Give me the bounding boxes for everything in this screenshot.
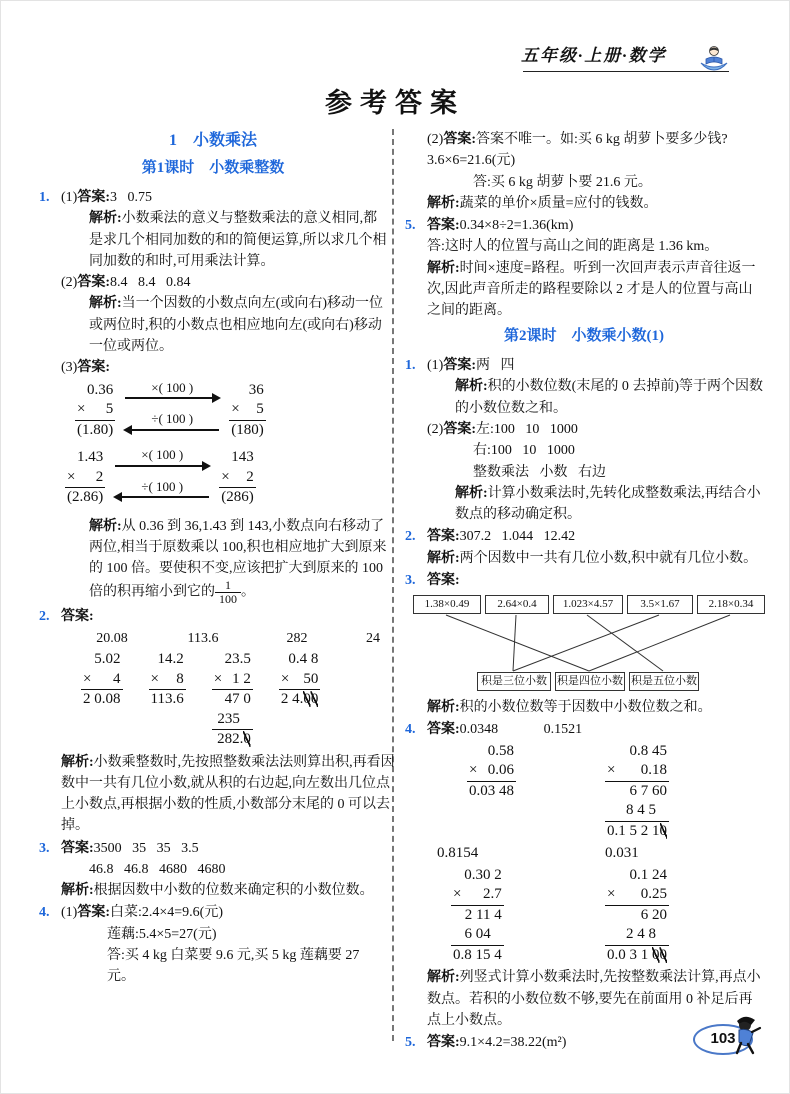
analysis-label: 解析: bbox=[455, 486, 488, 501]
category-box: 积是三位小数 bbox=[477, 672, 551, 691]
answer-value: 0.031 bbox=[605, 842, 763, 865]
answer-text: 0.34×8÷2=1.36(km) bbox=[460, 218, 574, 233]
sub-number: (1) bbox=[61, 190, 77, 205]
expression-box: 2.64×0.4 bbox=[485, 595, 549, 614]
vertical-multiplication: 1.43 ×2 (2.86) bbox=[65, 448, 105, 508]
item-number: 2. bbox=[405, 526, 427, 569]
answer-label: 答案: bbox=[427, 218, 460, 233]
answer-text: 答:这时人的位置与高山之间的距离是 1.36 km。 bbox=[427, 236, 763, 257]
multiplicand: 143 bbox=[219, 448, 256, 468]
conversion-arrows: ×( 100 ) ÷( 100 ) bbox=[122, 381, 222, 431]
l2-item-1: 1. (1)答案:两 四 解析:积的小数位数(末尾的 0 去掉前)等于两个因数的… bbox=[405, 355, 763, 525]
analysis-label: 解析: bbox=[427, 700, 460, 715]
partial-product: 8 4 5 bbox=[605, 801, 669, 821]
multiplier: 2 bbox=[246, 468, 254, 488]
lesson-2-title: 第2课时 小数乘小数(1) bbox=[405, 325, 763, 348]
answer-values: 0.0348 0.1521 bbox=[460, 722, 583, 737]
sub-number: (2) bbox=[427, 422, 443, 437]
product: 0.03 48 bbox=[467, 782, 516, 802]
vertical-multiplication: 0.1 24 ×0.25 6 20 2 4 8 0.0 3 1 00 bbox=[605, 866, 669, 966]
answer-values-line-2: 46.8 46.8 4680 4680 bbox=[89, 859, 387, 880]
answer-value: 20.08 bbox=[69, 628, 155, 649]
partial-product: 6 04 bbox=[451, 925, 504, 945]
times-sign: × bbox=[607, 761, 615, 781]
analysis-text: 根据因数中小数的位数来确定积的小数位数。 bbox=[94, 883, 374, 898]
answer-value: 0.8154 bbox=[437, 842, 605, 865]
multiplier: 1 2 bbox=[232, 670, 251, 690]
vertical-multiplication: 0.36 ×5 (1.80) bbox=[75, 381, 115, 441]
answer-values: 整数乘法 小数 右边 bbox=[473, 462, 763, 483]
product: (180) bbox=[229, 421, 266, 441]
item-number: 2. bbox=[39, 606, 61, 836]
times-sign: × bbox=[151, 670, 159, 690]
explanation: 解析:从 0.36 到 36,1.43 到 143,小数点向右移动了两位,相当于… bbox=[89, 516, 387, 606]
multiplier: 2.7 bbox=[483, 885, 502, 905]
right-arrow-icon bbox=[125, 397, 219, 399]
sub-number: (3) bbox=[61, 360, 77, 375]
product-digits: 282. bbox=[217, 731, 243, 747]
answer-label: 答案: bbox=[77, 360, 110, 375]
analysis-text: 小数乘整数时,先按照整数乘法法则算出积,再看因数中一共有几位小数,就从积的右边起… bbox=[61, 755, 395, 834]
expression-box: 2.18×0.34 bbox=[697, 595, 765, 614]
explanation: 解析:小数乘整数时,先按照整数乘法法则算出积,再看因数中一共有几位小数,就从积的… bbox=[61, 752, 403, 837]
product: 0.1 5 2 10 bbox=[605, 821, 669, 842]
times-sign: × bbox=[77, 400, 85, 420]
sub-number: (2) bbox=[427, 132, 443, 147]
product: 2 0.08 bbox=[81, 690, 123, 710]
analysis-label: 解析: bbox=[89, 296, 122, 311]
sub-number: (2) bbox=[61, 275, 77, 290]
multiplicand: 23.5 bbox=[212, 650, 253, 670]
reading-child-mascot-icon bbox=[699, 43, 729, 78]
multiplications-grid: 0.58 ×0.06 0.03 48 0.8 45 ×0.18 6 7 60 8… bbox=[437, 742, 763, 966]
times-sign: × bbox=[221, 468, 229, 488]
answer-text: 答:买 6 kg 胡萝卜要 21.6 元。 bbox=[473, 172, 763, 193]
l2-item-2: 2. 答案:307.2 1.044 12.42 解析:两个因数中一共有几位小数,… bbox=[405, 526, 763, 569]
product: 282.0 bbox=[212, 729, 253, 750]
answer-text: 答:买 4 kg 白菜要 9.6 元,买 5 kg 莲藕要 27 元。 bbox=[107, 945, 387, 988]
matching-diagram: 1.38×0.49 2.64×0.4 1.023×4.57 3.5×1.67 2… bbox=[413, 595, 769, 695]
explanation: 解析:积的小数位数等于因数中小数位数之和。 bbox=[427, 697, 769, 718]
header: 五年级·上册·数学 bbox=[521, 41, 761, 66]
explanation: 解析:蔬菜的单价×质量=应付的钱数。 bbox=[427, 193, 763, 214]
answer-values: 3 0.75 bbox=[110, 190, 152, 205]
fraction-denominator: 100 bbox=[215, 593, 241, 606]
page-mascot-icon bbox=[729, 1015, 763, 1062]
answer-label: 答案: bbox=[77, 905, 110, 920]
answer-label: 答案: bbox=[443, 358, 476, 373]
item-number: 4. bbox=[39, 902, 61, 987]
item-4-part-2: (2)答案:答案不唯一。如:买 6 kg 胡萝卜要多少钱? 3.6×6=21.6… bbox=[405, 129, 763, 214]
multiplicand: 5.02 bbox=[81, 650, 123, 670]
answer-values: 右:100 10 1000 bbox=[473, 440, 763, 461]
partial-product: 2 11 4 bbox=[451, 906, 504, 926]
multiplicand: 0.1 24 bbox=[605, 866, 669, 886]
multiplicand: 36 bbox=[229, 381, 266, 401]
multiplicand: 0.4 8 bbox=[279, 650, 321, 670]
answer-text: 莲藕:5.4×5=27(元) bbox=[107, 924, 387, 945]
analysis-text: 积的小数位数等于因数中小数位数之和。 bbox=[460, 700, 712, 715]
answer-values: 307.2 1.044 12.42 bbox=[460, 529, 576, 544]
analysis-label: 解析: bbox=[427, 551, 460, 566]
vertical-multiplication: 0.4 8 ×50 2 4.00 bbox=[279, 650, 321, 710]
explanation: 解析:列竖式计算小数乘法时,先按整数乘法计算,再点小数点。若积的小数位数不够,要… bbox=[427, 967, 763, 1031]
divide-100-label: ÷( 100 ) bbox=[112, 480, 212, 495]
sub-number: (1) bbox=[427, 358, 443, 373]
multiplier: 5 bbox=[256, 400, 264, 420]
times-100-label: ×( 100 ) bbox=[122, 381, 222, 396]
item-1: 1. (1)答案:3 0.75 解析:小数乘法的意义与整数乘法的意义相同,都是求… bbox=[39, 187, 387, 605]
answer-text: 9.1×4.2=38.22(m²) bbox=[460, 1035, 567, 1050]
edition-label: 五年级·上册·数学 bbox=[521, 46, 667, 65]
times-sign: × bbox=[83, 670, 91, 690]
analysis-text: 积的小数位数(末尾的 0 去掉前)等于两个因数的小数位数之和。 bbox=[455, 379, 763, 415]
item-number: 4. bbox=[405, 719, 427, 1031]
multiplier: 0.06 bbox=[488, 761, 514, 781]
struck-zeros: 00 bbox=[652, 947, 667, 963]
header-underline bbox=[523, 71, 729, 72]
conversion-diagram-1: 0.36 ×5 (1.80) ×( 100 ) ÷( 100 ) 36 ×5 (… bbox=[75, 381, 387, 441]
partial-product: 6 20 bbox=[605, 906, 669, 926]
analysis-label: 解析: bbox=[89, 211, 122, 226]
multiplicand: 0.36 bbox=[75, 381, 115, 401]
partial-product: 2 4 8 bbox=[605, 925, 669, 945]
answer-key-page: 五年级·上册·数学 参考答案 1 小数乘法 第1课时 小数乘整数 1. (1)答… bbox=[0, 0, 790, 1094]
answer-label: 答案: bbox=[61, 609, 94, 624]
lesson-1-title: 第1课时 小数乘整数 bbox=[39, 157, 387, 180]
vertical-multiplication: 23.5 ×1 2 47 0 235 282.0 bbox=[212, 650, 253, 750]
item-number: 3. bbox=[39, 838, 61, 902]
page-title: 参考答案 bbox=[1, 81, 789, 120]
answer-values: 3500 35 35 3.5 bbox=[94, 841, 199, 856]
analysis-label: 解析: bbox=[427, 261, 460, 276]
partial-product: 235 bbox=[212, 710, 253, 730]
partial-product: 47 0 bbox=[212, 690, 253, 710]
multiplicand: 1.43 bbox=[65, 448, 105, 468]
analysis-text: 小数乘法的意义与整数乘法的意义相同,都是求几个相同加数的和的简便运算,所以求几个… bbox=[89, 211, 387, 269]
vertical-multiplication: 0.30 2 ×2.7 2 11 4 6 04 0.8 15 4 bbox=[451, 866, 504, 966]
analysis-label: 解析: bbox=[455, 379, 488, 394]
analysis-label: 解析: bbox=[427, 196, 460, 211]
answer-label: 答案: bbox=[77, 275, 110, 290]
expression-box: 1.023×4.57 bbox=[553, 595, 623, 614]
explanation: 解析:小数乘法的意义与整数乘法的意义相同,都是求几个相同加数的和的简便运算,所以… bbox=[89, 208, 387, 272]
vertical-multiplication: 143 ×2 (286) bbox=[219, 448, 256, 508]
answer-label: 答案: bbox=[427, 573, 460, 588]
product: (1.80) bbox=[75, 421, 115, 441]
item-number: 1. bbox=[39, 187, 61, 605]
explanation: 解析:计算小数乘法时,先转化成整数乘法,再结合小数点的移动确定积。 bbox=[455, 483, 763, 526]
struck-zeros: 00 bbox=[303, 691, 318, 707]
sub-number: (1) bbox=[61, 905, 77, 920]
answers-row: 20.08 113.6 282 24 bbox=[69, 628, 403, 649]
times-sign: × bbox=[607, 885, 615, 905]
answer-value: 24 bbox=[343, 628, 403, 649]
vertical-multiplication: 5.02 ×4 2 0.08 bbox=[81, 650, 123, 710]
multiplications-row: 5.02 ×4 2 0.08 14.2 ×8 113.6 23.5 ×1 2 4… bbox=[81, 650, 403, 750]
times-sign: × bbox=[469, 761, 477, 781]
vertical-multiplication: 36 ×5 (180) bbox=[229, 381, 266, 441]
l2-item-3: 3. 答案: 1.38×0.49 2.64×0.4 1.023×4.57 3.5… bbox=[405, 570, 763, 719]
explanation: 解析:两个因数中一共有几位小数,积中就有几位小数。 bbox=[427, 548, 763, 569]
l2-item-4: 4. 答案:0.0348 0.1521 0.58 ×0.06 0.03 48 bbox=[405, 719, 763, 1031]
answer-label: 答案: bbox=[427, 722, 460, 737]
fraction: 1100 bbox=[215, 579, 241, 605]
explanation: 解析:时间×速度=路程。听到一次回声表示声音往返一次,因此声音所走的路程要除以 … bbox=[427, 258, 763, 322]
answer-values: 8.4 8.4 0.84 bbox=[110, 275, 191, 290]
answer-values-text: 右:100 10 1000 bbox=[473, 443, 575, 458]
struck-zeros: 0 bbox=[660, 823, 668, 839]
right-arrow-icon bbox=[115, 465, 209, 467]
times-sign: × bbox=[281, 670, 289, 690]
times-sign: × bbox=[231, 400, 239, 420]
answer-value: 113.6 bbox=[155, 628, 251, 649]
item-number: 1. bbox=[405, 355, 427, 525]
category-box: 积是四位小数 bbox=[555, 672, 625, 691]
analysis-text: 列竖式计算小数乘法时,先按整数乘法计算,再点小数点。若积的小数位数不够,要先在前… bbox=[427, 970, 761, 1028]
answer-label: 答案: bbox=[427, 529, 460, 544]
times-sign: × bbox=[214, 670, 222, 690]
item-number: 5. bbox=[405, 1032, 427, 1053]
analysis-label: 解析: bbox=[61, 755, 94, 770]
product: (286) bbox=[219, 488, 256, 508]
analysis-text: 当一个因数的小数点向左(或向右)移动一位或两位时,积的小数点也相应地向左(或向右… bbox=[89, 296, 383, 354]
fraction-numerator: 1 bbox=[215, 579, 241, 593]
times-sign: × bbox=[453, 885, 461, 905]
answer-label: 答案: bbox=[443, 132, 476, 147]
analysis-text: 两个因数中一共有几位小数,积中就有几位小数。 bbox=[460, 551, 758, 566]
product: 113.6 bbox=[149, 690, 186, 710]
explanation: 解析:当一个因数的小数点向左(或向右)移动一位或两位时,积的小数点也相应地向左(… bbox=[89, 293, 387, 357]
expression-box: 1.38×0.49 bbox=[413, 595, 481, 614]
analysis-text: 时间×速度=路程。听到一次回声表示声音往返一次,因此声音所走的路程要除以 2 才… bbox=[427, 261, 755, 319]
vertical-multiplication: 0.8 45 ×0.18 6 7 60 8 4 5 0.1 5 2 10 bbox=[605, 742, 669, 842]
left-arrow-icon bbox=[115, 496, 209, 498]
item-4: 4. (1)答案:白菜:2.4×4=9.6(元) 莲藕:5.4×5=27(元) … bbox=[39, 902, 387, 987]
multiplicand: 0.8 45 bbox=[605, 742, 669, 762]
category-box: 积是五位小数 bbox=[629, 672, 699, 691]
product: (2.86) bbox=[65, 488, 105, 508]
answer-values: 左:100 10 1000 bbox=[476, 422, 578, 437]
multiplier: 5 bbox=[106, 400, 114, 420]
multiplier: 50 bbox=[303, 670, 318, 690]
answer-label: 答案: bbox=[427, 1035, 460, 1050]
product-digits: 2 4. bbox=[281, 691, 304, 707]
explanation: 解析:积的小数位数(末尾的 0 去掉前)等于两个因数的小数位数之和。 bbox=[455, 376, 763, 419]
analysis-text: 蔬菜的单价×质量=应付的钱数。 bbox=[460, 196, 658, 211]
multiplicand: 0.30 2 bbox=[451, 866, 504, 886]
struck-zeros: 0 bbox=[243, 731, 251, 747]
analysis-text: 。 bbox=[241, 585, 255, 600]
item-3: 3. 答案:3500 35 35 3.5 46.8 46.8 4680 4680… bbox=[39, 838, 387, 902]
product: 0.8 15 4 bbox=[451, 945, 504, 966]
times-100-label: ×( 100 ) bbox=[112, 448, 212, 463]
expression-box: 3.5×1.67 bbox=[627, 595, 693, 614]
item-5: 5. 答案:0.34×8÷2=1.36(km) 答:这时人的位置与高山之间的距离… bbox=[405, 215, 763, 321]
multiplicand: 14.2 bbox=[149, 650, 186, 670]
product: 0.0 3 1 00 bbox=[605, 945, 669, 966]
right-column: (2)答案:答案不唯一。如:买 6 kg 胡萝卜要多少钱? 3.6×6=21.6… bbox=[405, 129, 763, 1055]
answer-values: 46.8 46.8 4680 4680 bbox=[89, 862, 226, 877]
multiplier: 0.18 bbox=[641, 761, 667, 781]
analysis-label: 解析: bbox=[89, 519, 122, 534]
analysis-text: 计算小数乘法时,先转化成整数乘法,再结合小数点的移动确定积。 bbox=[455, 486, 761, 522]
multiplier: 8 bbox=[176, 670, 184, 690]
conversion-arrows: ×( 100 ) ÷( 100 ) bbox=[112, 448, 212, 498]
answer-label: 答案: bbox=[443, 422, 476, 437]
answer-value: 282 bbox=[251, 628, 343, 649]
times-sign: × bbox=[67, 468, 75, 488]
vertical-multiplication: 14.2 ×8 113.6 bbox=[149, 650, 186, 710]
product-digits: 0.1 5 2 1 bbox=[607, 823, 660, 839]
multiplier: 4 bbox=[113, 670, 121, 690]
vertical-multiplication: 0.58 ×0.06 0.03 48 bbox=[467, 742, 516, 802]
multiplier: 0.25 bbox=[641, 885, 667, 905]
partial-product: 6 7 60 bbox=[605, 782, 669, 802]
item-2: 2. 答案: 20.08 113.6 282 24 5.02 ×4 2 0.08 bbox=[39, 606, 387, 836]
item-number: 5. bbox=[405, 215, 427, 321]
left-column: 1 小数乘法 第1课时 小数乘整数 1. (1)答案:3 0.75 解析:小数乘… bbox=[39, 129, 387, 988]
answer-values: 两 四 bbox=[476, 358, 515, 373]
answer-values-text: 整数乘法 小数 右边 bbox=[473, 465, 606, 480]
left-arrow-icon bbox=[125, 429, 219, 431]
divide-100-label: ÷( 100 ) bbox=[122, 412, 222, 427]
explanation: 解析:根据因数中小数的位数来确定积的小数位数。 bbox=[61, 880, 387, 901]
multiplicand: 0.58 bbox=[467, 742, 516, 762]
product-digits: 0.0 3 1 bbox=[607, 947, 652, 963]
answer-label: 答案: bbox=[61, 841, 94, 856]
product: 2 4.00 bbox=[279, 690, 321, 710]
answer-text: 白菜:2.4×4=9.6(元) bbox=[110, 905, 223, 920]
analysis-label: 解析: bbox=[61, 883, 94, 898]
answer-label: 答案: bbox=[77, 190, 110, 205]
multiplier: 2 bbox=[96, 468, 104, 488]
analysis-label: 解析: bbox=[427, 970, 460, 985]
conversion-diagram-2: 1.43 ×2 (2.86) ×( 100 ) ÷( 100 ) 143 ×2 … bbox=[65, 448, 387, 508]
section-title: 1 小数乘法 bbox=[39, 129, 387, 153]
column-divider bbox=[392, 129, 394, 1041]
